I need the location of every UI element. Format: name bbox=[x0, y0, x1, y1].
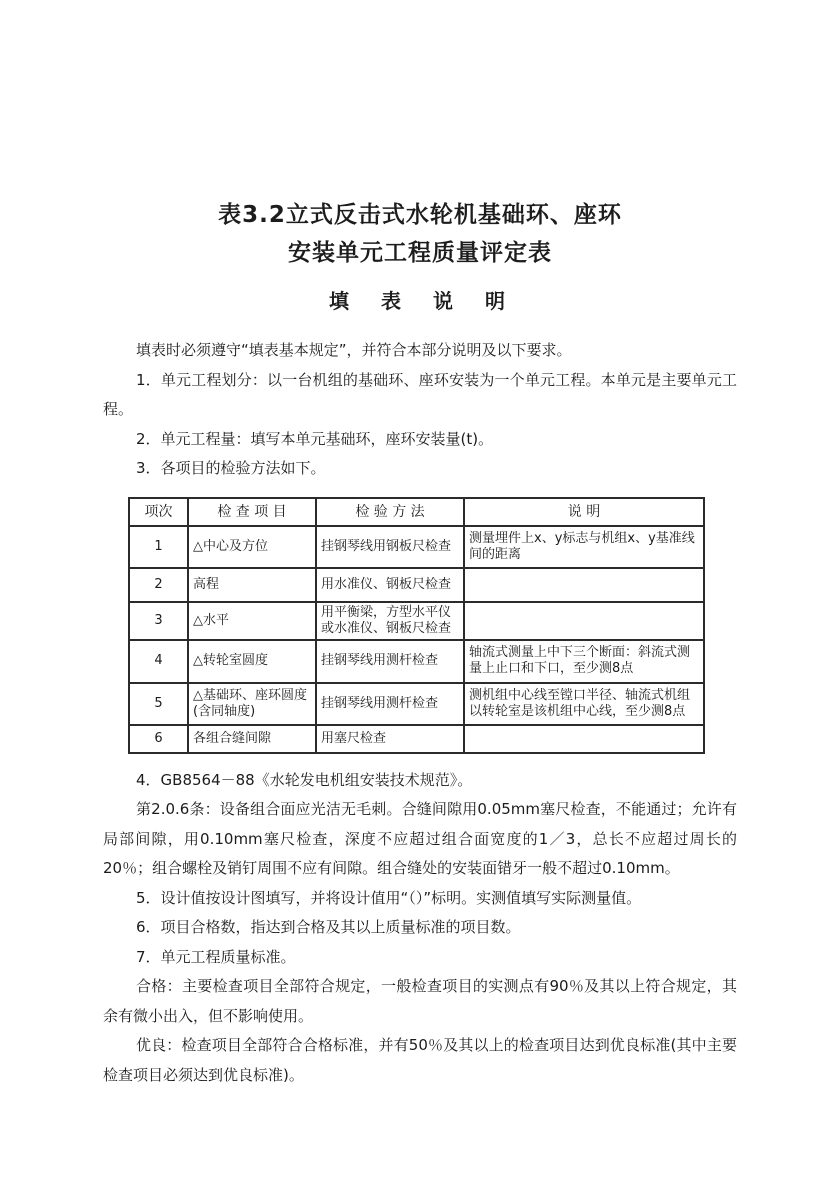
row-note: 测机组中心线至镗口半径、轴流式机组 以转轮室是该机组中心线，至少测8点 bbox=[464, 683, 704, 725]
row-no: 1 bbox=[129, 526, 188, 568]
table-row: 2 高程 用水准仪、钢板尺检查 bbox=[129, 568, 704, 602]
row-no: 6 bbox=[129, 725, 188, 753]
row-method: 用塞尺检查 bbox=[316, 725, 464, 753]
note-item-1: 1．单元工程划分：以一台机组的基础环、座环安装为一个单元工程。本单元是主要单元工… bbox=[103, 366, 737, 425]
header-item: 检 查 项 目 bbox=[188, 498, 316, 526]
document-title-line-2: 安装单元工程质量评定表 bbox=[103, 234, 737, 272]
row-method: 挂钢琴线用钢板尺检查 bbox=[316, 526, 464, 568]
header-note: 说 明 bbox=[464, 498, 704, 526]
table-row: 3 △水平 用平衡梁，方型水平仪 或水准仪、钢板尺检查 bbox=[129, 602, 704, 640]
row-note: 轴流式测量上中下三个断面：斜流式测 量上止口和下口，至少测8点 bbox=[464, 640, 704, 683]
row-method: 用水准仪、钢板尺检查 bbox=[316, 568, 464, 602]
body-text: 填表时必须遵守“填表基本规定”，并符合本部分说明及以下要求。 1．单元工程划分：… bbox=[103, 336, 737, 1090]
row-item: 高程 bbox=[188, 568, 316, 602]
note-item-4: 4．GB8564－88《水轮发电机组安装技术规范》。 bbox=[103, 766, 737, 796]
table-row: 1 △中心及方位 挂钢琴线用钢板尺检查 测量埋件上x、y标志与机组x、y基准线 … bbox=[129, 526, 704, 568]
intro-paragraph: 填表时必须遵守“填表基本规定”，并符合本部分说明及以下要求。 bbox=[103, 336, 737, 366]
header-no: 项次 bbox=[129, 498, 188, 526]
row-method: 挂钢琴线用测杆检查 bbox=[316, 683, 464, 725]
note-item-2: 2．单元工程量：填写本单元基础环，座环安装量(t)。 bbox=[103, 425, 737, 455]
table-row: 6 各组合缝间隙 用塞尺检查 bbox=[129, 725, 704, 753]
row-item: 各组合缝间隙 bbox=[188, 725, 316, 753]
row-item: △水平 bbox=[188, 602, 316, 640]
row-no: 4 bbox=[129, 640, 188, 683]
clause-2-0-6: 第2.0.6条：设备组合面应光洁无毛刺。合缝间隙用0.05mm塞尺检查，不能通过… bbox=[103, 795, 737, 884]
excellent-standard-paragraph: 优良：检查项目全部符合合格标准，并有50％及其以上的检查项目达到优良标准(其中主… bbox=[103, 1031, 737, 1090]
row-item: △转轮室圆度 bbox=[188, 640, 316, 683]
row-method: 用平衡梁，方型水平仪 或水准仪、钢板尺检查 bbox=[316, 602, 464, 640]
row-note bbox=[464, 602, 704, 640]
header-method: 检 验 方 法 bbox=[316, 498, 464, 526]
document-title-line-1: 表3.2立式反击式水轮机基础环、座环 bbox=[103, 196, 737, 234]
row-item: △中心及方位 bbox=[188, 526, 316, 568]
qualified-standard-paragraph: 合格：主要检查项目全部符合规定，一般检查项目的实测点有90％及其以上符合规定，其… bbox=[103, 972, 737, 1031]
row-note bbox=[464, 725, 704, 753]
note-item-6: 6．项目合格数，指达到合格及其以上质量标准的项目数。 bbox=[103, 913, 737, 943]
inspection-method-table: 项次 检 查 项 目 检 验 方 法 说 明 1 △中心及方位 挂钢琴线用钢板尺… bbox=[128, 497, 705, 754]
row-no: 3 bbox=[129, 602, 188, 640]
note-item-3: 3．各项目的检验方法如下。 bbox=[103, 454, 737, 484]
row-method: 挂钢琴线用测杆检查 bbox=[316, 640, 464, 683]
section-heading: 填 表 说 明 bbox=[103, 288, 737, 315]
table-header-row: 项次 检 查 项 目 检 验 方 法 说 明 bbox=[129, 498, 704, 526]
note-item-7: 7．单元工程质量标准。 bbox=[103, 943, 737, 973]
row-item: △基础环、座环圆度 (含同轴度) bbox=[188, 683, 316, 725]
note-item-5: 5．设计值按设计图填写，并将设计值用“（）”标明。实测值填写实际测量值。 bbox=[103, 884, 737, 914]
row-note bbox=[464, 568, 704, 602]
row-no: 5 bbox=[129, 683, 188, 725]
table-row: 4 △转轮室圆度 挂钢琴线用测杆检查 轴流式测量上中下三个断面：斜流式测 量上止… bbox=[129, 640, 704, 683]
row-note: 测量埋件上x、y标志与机组x、y基准线 间的距离 bbox=[464, 526, 704, 568]
row-no: 2 bbox=[129, 568, 188, 602]
document-page: 表3.2立式反击式水轮机基础环、座环 安装单元工程质量评定表 填 表 说 明 填… bbox=[0, 0, 838, 1186]
table-row: 5 △基础环、座环圆度 (含同轴度) 挂钢琴线用测杆检查 测机组中心线至镗口半径… bbox=[129, 683, 704, 725]
